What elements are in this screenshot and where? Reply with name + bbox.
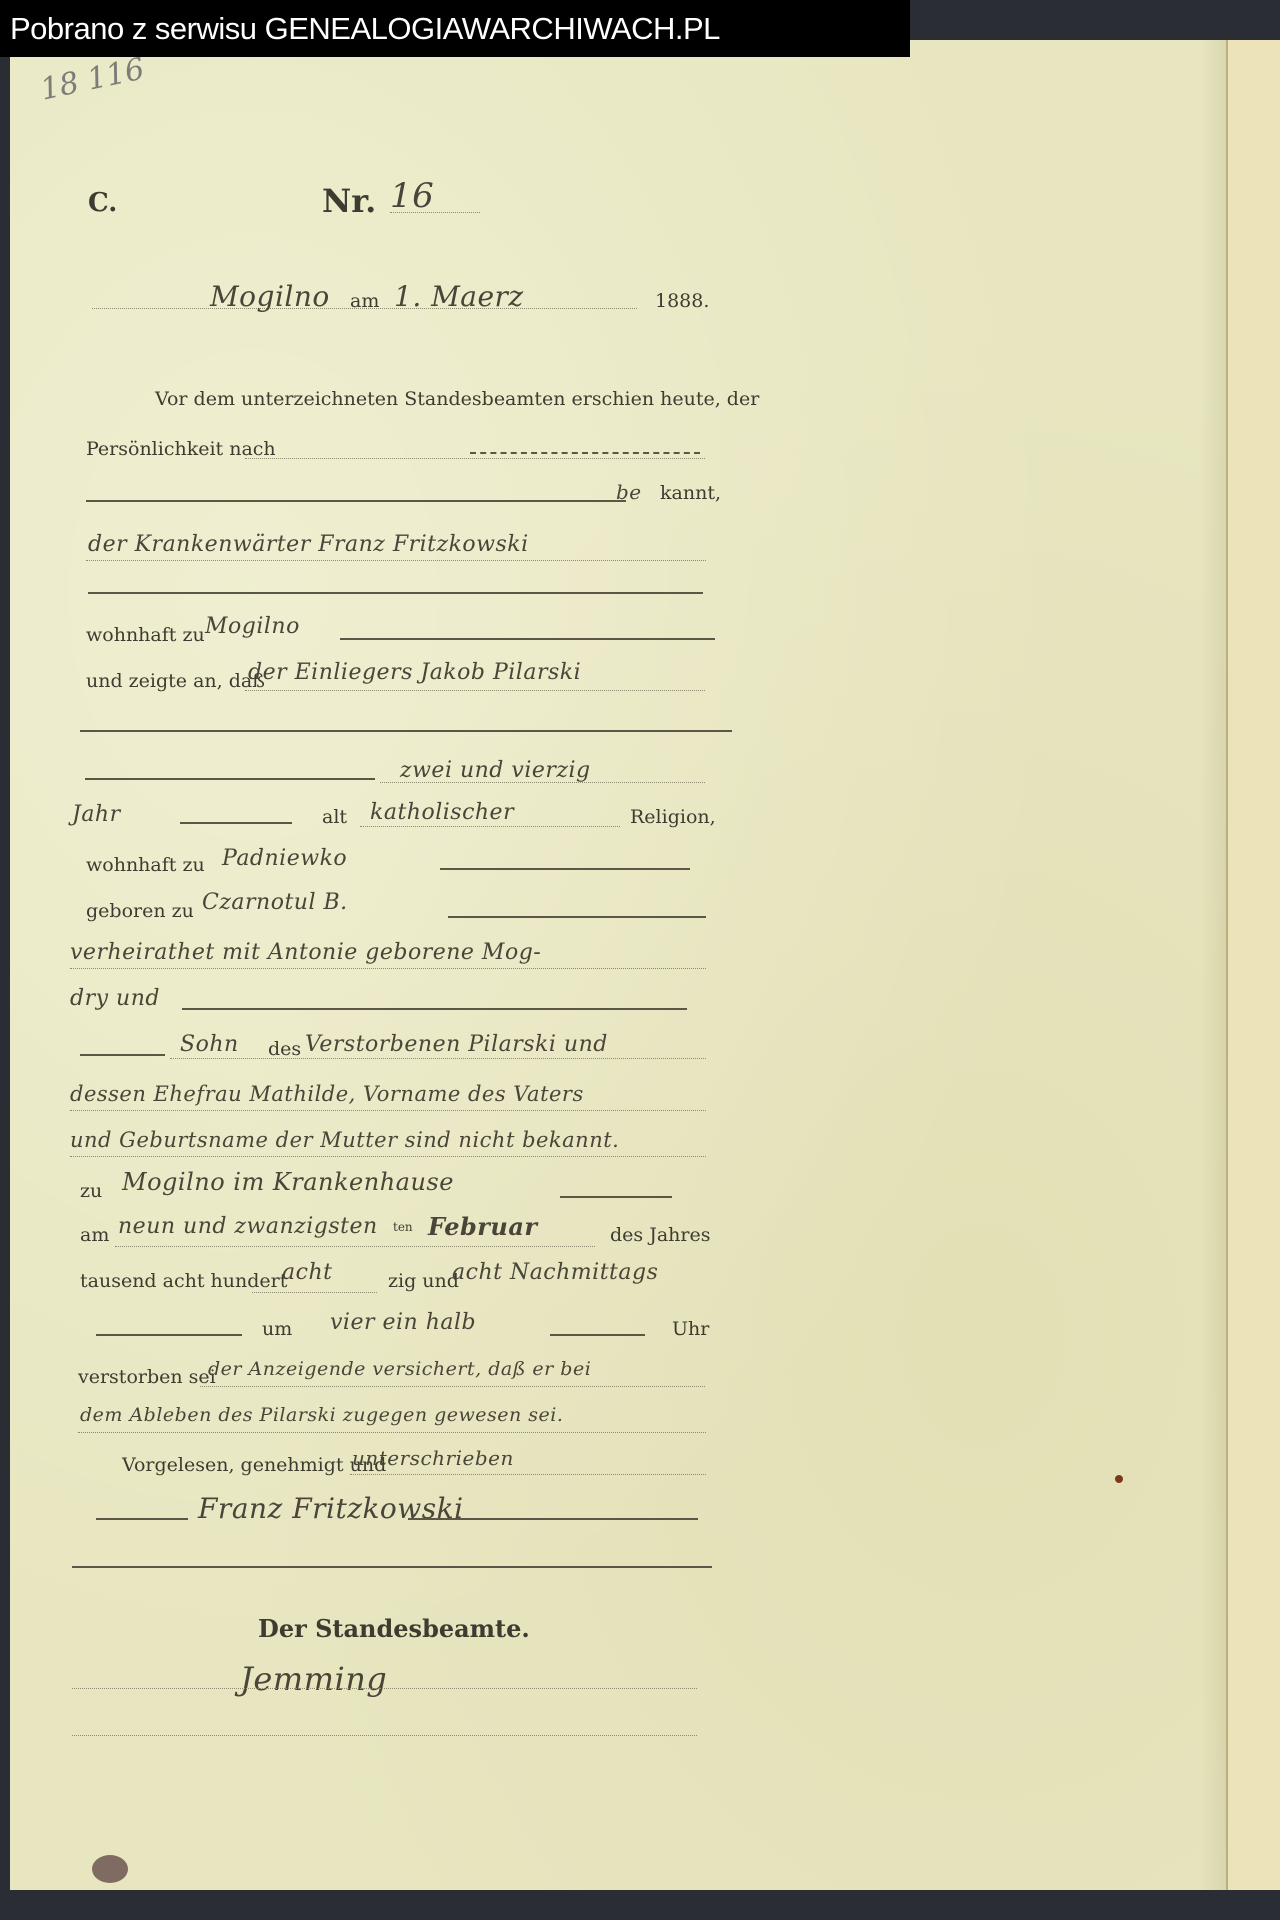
binding-fold [1200, 40, 1226, 1890]
married-hand-2: dry und [70, 986, 160, 1011]
date-line [115, 1246, 595, 1247]
remark-line-1 [200, 1386, 705, 1387]
son-hand: Sohn [180, 1032, 239, 1057]
year-tens-line [252, 1292, 377, 1293]
jahr-line [180, 822, 292, 824]
father-line [170, 1058, 706, 1059]
series-letter: C. [88, 188, 117, 218]
born-hand: Czarnotul B. [202, 890, 348, 915]
des-label: des [268, 1038, 301, 1060]
declarant-hand: der Krankenwärter Franz Fritzkowski [88, 532, 529, 557]
uhr-label: Uhr [672, 1318, 709, 1340]
year-label: 1888. [655, 290, 709, 312]
read-label: Vorgelesen, genehmigt und [122, 1454, 386, 1476]
religion-line [360, 826, 620, 827]
married-hand-1: verheirathet mit Antonie geborene Mog- [70, 940, 541, 965]
residence2-label: wohnhaft zu [86, 854, 205, 876]
declarant-line [86, 560, 706, 561]
time-hand: vier ein halb [330, 1310, 476, 1335]
record-number-value: 16 [390, 176, 434, 216]
married-line-2 [182, 1008, 687, 1010]
kannt-prefix-hand: be [616, 480, 642, 504]
personality-dashes [470, 452, 700, 454]
death-place-line [560, 1196, 672, 1198]
day-month-hand: 1. Maerz [394, 280, 524, 313]
time-suffix-line [550, 1334, 645, 1336]
date-month-hand: Februar [428, 1212, 538, 1241]
official-sig-line-2 [72, 1735, 697, 1736]
official-sig-line-1 [72, 1688, 697, 1689]
place-hand: Mogilno [210, 280, 330, 313]
mother-hand-2: und Geburtsname der Mutter sind nicht be… [70, 1128, 619, 1152]
father-hand: Verstorbenen Pilarski und [305, 1032, 608, 1057]
remark-line-2 [78, 1432, 706, 1433]
am-label: am [350, 290, 379, 312]
year-units-hand: acht Nachmittags [452, 1260, 658, 1285]
alt-label: alt [322, 806, 347, 828]
source-banner: Pobrano z serwisu GENEALOGIAWARCHIWACH.P… [0, 0, 910, 57]
year-tens-hand: acht [282, 1260, 332, 1285]
residence1-line [340, 638, 715, 640]
zig-label: zig und [388, 1270, 459, 1292]
age-prefix-line [85, 778, 375, 780]
declarant-sig-prefix-line [96, 1518, 188, 1520]
deceased-line [245, 690, 705, 691]
died-label: verstorben sei [78, 1366, 216, 1388]
married-line-1 [70, 968, 706, 969]
official-title: Der Standesbeamte. [258, 1614, 530, 1643]
time-prefix-line [96, 1334, 242, 1336]
read-line [350, 1474, 706, 1475]
separator-line-1 [88, 592, 703, 594]
year-text-label: tausend acht hundert [80, 1270, 287, 1292]
jahr-hand: Jahr [72, 802, 121, 827]
date-jahres-label: des Jahres [610, 1224, 710, 1246]
personality-label: Persönlichkeit nach [86, 438, 276, 460]
age-hand: zwei und vierzig [400, 758, 591, 783]
deceased-hand: der Einliegers Jakob Pilarski [248, 660, 581, 685]
son-prefix-line [80, 1054, 165, 1056]
declarant-signature: Franz Fritzkowski [198, 1492, 464, 1525]
adjacent-page-edge [1226, 40, 1280, 1890]
um-label: um [262, 1318, 292, 1340]
bottom-separator-line [72, 1566, 712, 1568]
remark-hand-1: der Anzeigende versichert, daß er bei [208, 1358, 591, 1380]
born-line [448, 916, 706, 918]
residence2-line [440, 868, 690, 870]
date-am-label: am [80, 1224, 109, 1246]
mother-hand-1: dessen Ehefrau Mathilde, Vorname des Vat… [70, 1082, 584, 1106]
kannt-line [86, 500, 626, 502]
age-line [380, 782, 705, 783]
separator-line-2 [80, 730, 732, 732]
date-ten-superscript: ten [393, 1220, 413, 1234]
mother-line-2 [70, 1156, 706, 1157]
religion-hand: katholischer [370, 800, 514, 825]
announced-label: und zeigte an, daß [86, 670, 265, 692]
residence2-hand: Padniewko [222, 846, 347, 871]
born-label: geboren zu [86, 900, 194, 922]
ink-stain [92, 1855, 128, 1883]
read-hand: unterschrieben [352, 1446, 514, 1470]
declarant-sig-suffix-line [408, 1518, 698, 1520]
residence1-hand: Mogilno [205, 614, 300, 639]
religion-label: Religion, [630, 806, 716, 828]
rust-spot [1115, 1475, 1123, 1483]
intro-text: Vor dem unterzeichneten Standesbeamten e… [155, 388, 759, 410]
personality-line [245, 458, 705, 459]
residence1-label: wohnhaft zu [86, 624, 205, 646]
date-day-hand: neun und zwanzigsten [118, 1214, 378, 1239]
kannt-label: kannt, [660, 482, 721, 504]
record-number-line [390, 212, 480, 213]
death-place-hand: Mogilno im Krankenhause [122, 1168, 454, 1196]
remark-hand-2: dem Ableben des Pilarski zugegen gewesen… [80, 1404, 563, 1426]
official-signature: Jemming [240, 1660, 387, 1698]
mother-line-1 [70, 1110, 706, 1111]
death-place-label: zu [80, 1180, 102, 1202]
record-number-label: Nr. [322, 182, 376, 220]
register-page [10, 40, 1226, 1890]
